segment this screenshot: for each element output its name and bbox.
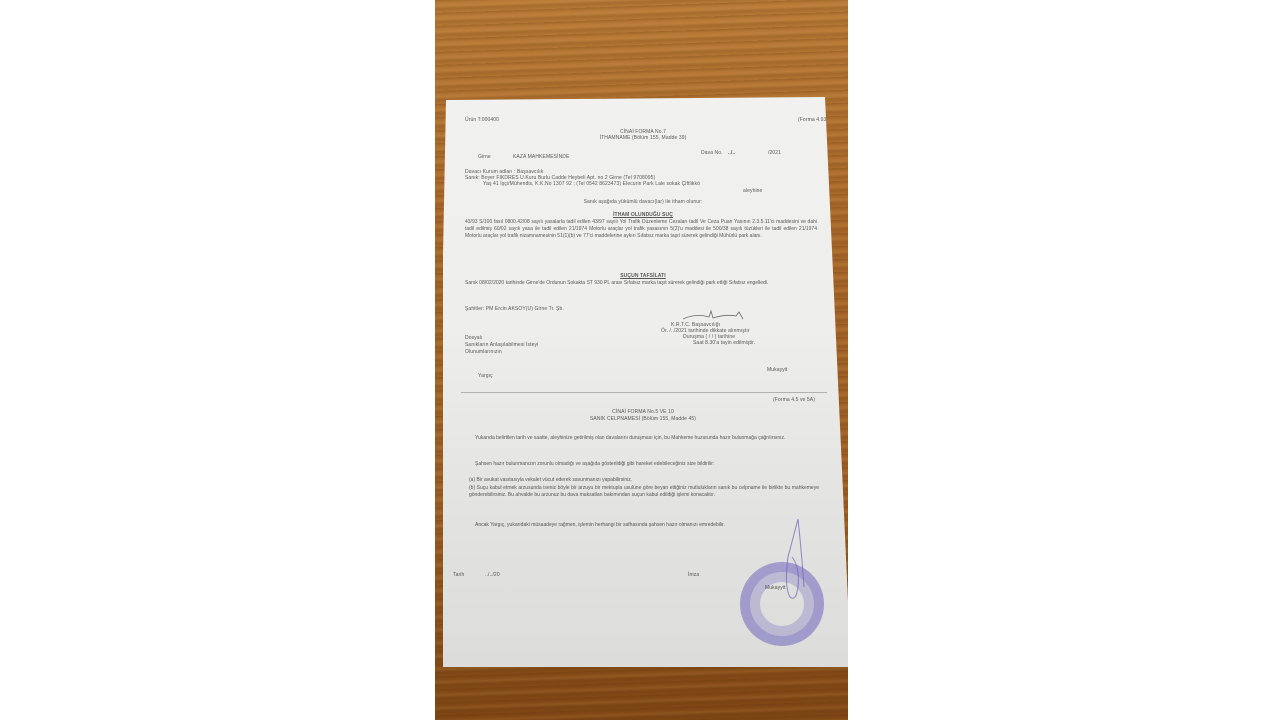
charge-text: 43/93 S/100 fasıl 0800.42/08 sayılı yasa… — [465, 219, 817, 240]
defendant-line-3: aleyhine — [743, 188, 762, 194]
summons-paragraph-1: Yukarıda belirtilen tarih ve saatte, ale… — [457, 435, 821, 442]
accused-intro: Sanık aşağıda yükümlü davacı(lar) ile it… — [443, 199, 843, 205]
summons-option-b: (b) Suçu kabul etmek arzusunda iseniz bö… — [469, 485, 819, 499]
form2-title: CİNAİ FORMA No.5 VE 10 — [443, 409, 843, 415]
date-value: ../../20 — [485, 572, 500, 578]
case-year: /2021 — [768, 150, 781, 156]
left-note-line-2: Olunumlarınızın — [465, 349, 502, 355]
charge-heading: İTHAM OLUNDUĞU SUÇ — [443, 212, 843, 218]
mukayyit-signature-icon — [768, 517, 818, 607]
summons-option-a: (a) Bir avukat vasıtasıyla vekalet vücut… — [469, 477, 819, 484]
date-label: Tarih — [453, 572, 464, 578]
top-left-ref: Ürün T:000400 — [465, 117, 499, 123]
court-form-paper: Ürün T:000400 (Forma 4.93) CİNAİ FORMA N… — [443, 97, 848, 667]
signature-label: İmza — [688, 572, 699, 578]
case-no-label: Dava No. — [701, 150, 723, 156]
judge-label: Yargıç — [478, 373, 493, 379]
details-text: Sanık 08/02/2020 tarihinde Girne'de Ordu… — [465, 280, 817, 287]
left-note-line-1: Sanıkların Anlaşılabilmesi İsteyi — [465, 342, 538, 348]
top-right-ref: (Forma 4.93) — [798, 117, 828, 123]
mukayyit-label: Mukayyit — [767, 367, 788, 373]
form2-subtitle: SANIK CELPNAMESİ (Bölüm 155, Madde 45) — [443, 416, 843, 422]
case-no-value: ../.. — [728, 150, 735, 156]
court-name: KAZA MAHKEMESİNDE — [513, 154, 569, 160]
summons-paragraph-3: Ancak Yargıç, yukarıdaki müsaadeye rağme… — [457, 522, 821, 529]
form2-ref: (Forma 4.5 ve 5A) — [773, 397, 815, 403]
signature-icon — [681, 309, 751, 323]
document-photo: Ürün T:000400 (Forma 4.93) CİNAİ FORMA N… — [435, 0, 848, 720]
details-heading: SUÇUN TAFSİLATI — [443, 273, 843, 279]
form1-subtitle: İTHAMNAME (Bölüm 155, Madde 39) — [443, 135, 843, 141]
witnesses-line: Şahitler: PM Ercin AKSOY(U) Girne Tr. Şb… — [465, 306, 564, 312]
section-divider — [461, 392, 827, 393]
defendant-line-2: Yaş 41 İşçi/Mühendis, K.K.No 1307 92 ; (… — [483, 181, 700, 187]
left-note-label: Dosyalı — [465, 335, 482, 341]
summons-paragraph-2: Şahsen hazır bulunmanızın zorunlu olmadı… — [457, 461, 821, 468]
right-note-line-3: Saat 8.30'a tayin edilmiştir. — [693, 340, 755, 346]
court-label: Girne — [478, 154, 491, 160]
